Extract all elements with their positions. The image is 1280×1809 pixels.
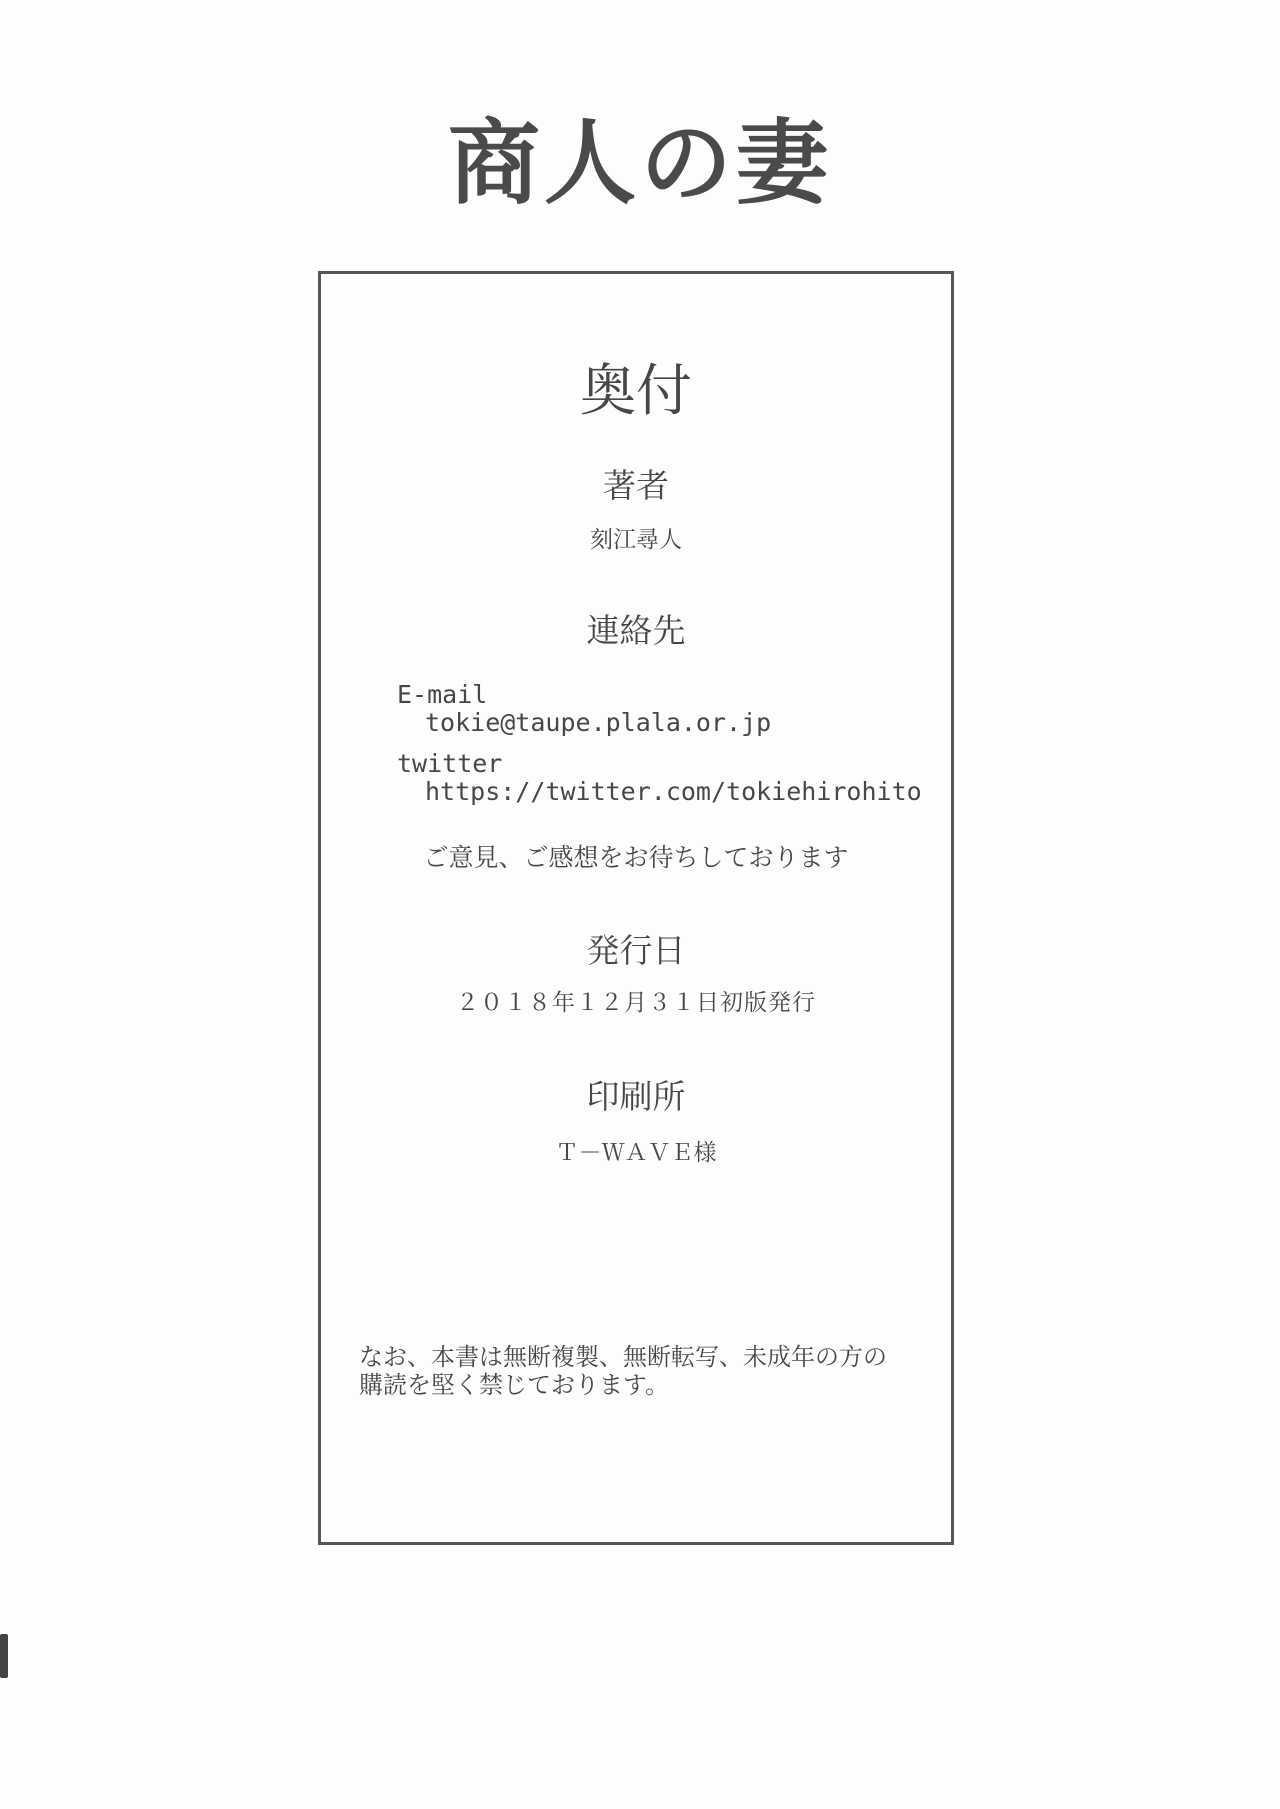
printer-name: Ｔ－ＷＡＶＥ様	[321, 1142, 951, 1165]
email-label: E-mail	[397, 682, 487, 707]
author-label: 著者	[321, 469, 951, 502]
notice-line-1: なお、本書は無断複製、無断転写、未成年の方の	[359, 1343, 939, 1371]
scan-edge-mark	[0, 1634, 8, 1678]
twitter-url[interactable]: https://twitter.com/tokiehirohito	[425, 779, 922, 804]
contact-label: 連絡先	[321, 614, 951, 647]
author-name: 刻江尋人	[321, 529, 951, 552]
email-address[interactable]: tokie@taupe.plala.or.jp	[425, 710, 771, 735]
publication-date: ２０１８年１２月３１日初版発行	[321, 992, 951, 1015]
twitter-label: twitter	[397, 751, 502, 776]
publication-date-label: 発行日	[321, 934, 951, 967]
book-title: 商人の妻	[0, 118, 1280, 210]
colophon-heading: 奥付	[321, 364, 951, 420]
copyright-notice: なお、本書は無断複製、無断転写、未成年の方の 購読を堅く禁じております。	[359, 1343, 939, 1399]
printer-label: 印刷所	[321, 1080, 951, 1113]
feedback-message: ご意見、ご感想をお待ちしております	[321, 845, 951, 870]
notice-line-2: 購読を堅く禁じております。	[359, 1371, 939, 1399]
colophon-box: 奥付 著者 刻江尋人 連絡先 E-mail tokie@taupe.plala.…	[318, 271, 954, 1545]
